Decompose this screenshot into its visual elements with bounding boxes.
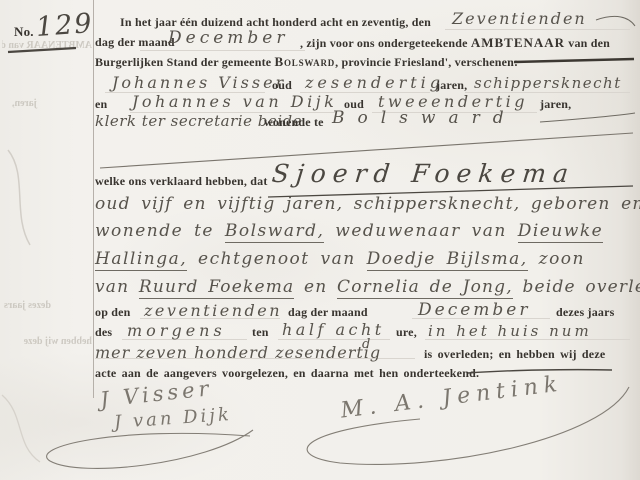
- margin-rule: [93, 0, 94, 398]
- bleedthrough-text: hebben wij deze: [0, 336, 92, 347]
- guide-rule: [445, 29, 630, 30]
- of-phrase: van: [95, 277, 139, 297]
- guide-rule: [140, 50, 305, 51]
- municipality-name: Bolsward: [275, 54, 336, 69]
- current-spouse-name: Doedje Bijlsma,: [367, 249, 528, 271]
- is-deceased-clause-printed: is overleden; en hebben wij deze: [424, 347, 605, 362]
- handwriting-flourish: [540, 113, 635, 122]
- declarant1-name-handwritten: Johannes Visser: [112, 73, 286, 92]
- residence-phrase: wonende te: [95, 221, 225, 241]
- first-wife-firstname: Dieuwke: [518, 221, 604, 243]
- scanned-death-record-page: No. 129 AMBTENAAR van den jaren, dezes j…: [0, 0, 640, 480]
- son-phrase: zoon: [528, 249, 585, 269]
- deceased-residence-name: Bolsward,: [225, 221, 325, 243]
- spouse-phrase: echtgenoot van: [187, 249, 366, 269]
- age-label-printed: oud: [272, 78, 292, 93]
- and-label-printed: en: [95, 97, 107, 112]
- death-day-handwritten: zeventienden: [144, 301, 282, 320]
- official-clause-part1: , zijn voor ons ondergeteekende: [300, 36, 471, 50]
- residence-label-printed: wonende te: [264, 115, 324, 130]
- hour-label-printed: ure,: [396, 325, 417, 340]
- official-clause-printed: , zijn voor ons ondergeteekende AMBTENAA…: [300, 35, 610, 51]
- time-of-day-handwritten: morgens: [127, 321, 226, 340]
- house-number-suffix-handwritten: d: [362, 337, 370, 352]
- years-label-printed: jaren,: [436, 78, 467, 93]
- verschenen-dash: [514, 59, 634, 62]
- on-the-label-printed: op den: [95, 305, 131, 320]
- widower-phrase: weduwenaar van: [324, 221, 517, 241]
- witness-signature-flourish: [47, 430, 253, 468]
- closing-dash: [468, 370, 612, 373]
- declarant1-age-handwritten: zesendertig: [305, 73, 444, 92]
- first-wife-surname: Hallinga,: [95, 249, 187, 271]
- house-number-handwritten: mer zeven honderd zesendertig: [95, 343, 381, 362]
- mother-name: Cornelia de Jong,: [337, 277, 513, 299]
- father-name: Ruurd Foekema: [139, 277, 295, 299]
- handwriting-flourish: [596, 16, 635, 26]
- guide-rule: [278, 339, 390, 340]
- deceased-age-occupation-handwritten: oud vijf en vijftig jaren, schippersknec…: [95, 194, 640, 214]
- deceased-name-handwritten: Sjoerd Foekema: [270, 159, 576, 188]
- municipality-suffix: , provincie Friesland', verschenen:: [335, 55, 518, 69]
- month-label-printed: dag der maand: [95, 35, 175, 50]
- municipality-line-printed: Burgerlijken Stand der gemeente Bolsward…: [95, 54, 518, 70]
- municipality-prefix: Burgerlijken Stand der gemeente: [95, 55, 275, 69]
- bleedthrough-scrawl: [2, 395, 40, 462]
- act-number-label: No.: [14, 24, 34, 40]
- des-label-printed: des: [95, 325, 112, 340]
- death-month-handwritten: December: [418, 300, 530, 320]
- declarant2-name-handwritten: Johannes van Dijk: [132, 92, 337, 111]
- ten-label-printed: ten: [252, 325, 269, 340]
- years-label-printed: jaren,: [540, 97, 571, 112]
- official-clause-part2: van den: [565, 36, 610, 50]
- house-phrase-handwritten: in het huis num: [428, 322, 592, 340]
- death-report-day-handwritten: Zeventienden: [452, 9, 587, 28]
- day-of-month-label-printed: dag der maand: [288, 305, 368, 320]
- bleedthrough-text: AMBTENAAR van den: [2, 40, 92, 51]
- this-year-label-printed: dezes jaars: [556, 305, 615, 320]
- bleedthrough-text: dezes jaars: [4, 300, 51, 311]
- declaration-clause-printed: welke ons verklaard hebben, dat: [95, 174, 268, 189]
- declarant1-occupation-handwritten: schippersknecht: [474, 74, 622, 92]
- report-month-handwritten: December: [168, 28, 288, 48]
- act-number-value: 129: [35, 8, 95, 43]
- parents-line: van Ruurd Foekema en Cornelia de Jong, b…: [95, 277, 640, 297]
- bleedthrough-text: jaren,: [12, 98, 37, 109]
- closing-clause-printed: acte aan de aangevers voorgelezen, en da…: [95, 366, 479, 381]
- deceased-residence-widower-line: wonende te Bolsward, weduwenaar van Dieu…: [95, 221, 603, 241]
- official-title: AMBTENAAR: [471, 35, 565, 50]
- declarants-residence-handwritten: Bolsward: [332, 108, 517, 128]
- bleedthrough-scrawl: [8, 150, 30, 245]
- spouse-line: Hallinga, echtgenoot van Doedje Bijlsma,…: [95, 249, 585, 269]
- both-deceased-phrase: beide overleden: [513, 277, 640, 297]
- and-phrase: en: [294, 277, 337, 297]
